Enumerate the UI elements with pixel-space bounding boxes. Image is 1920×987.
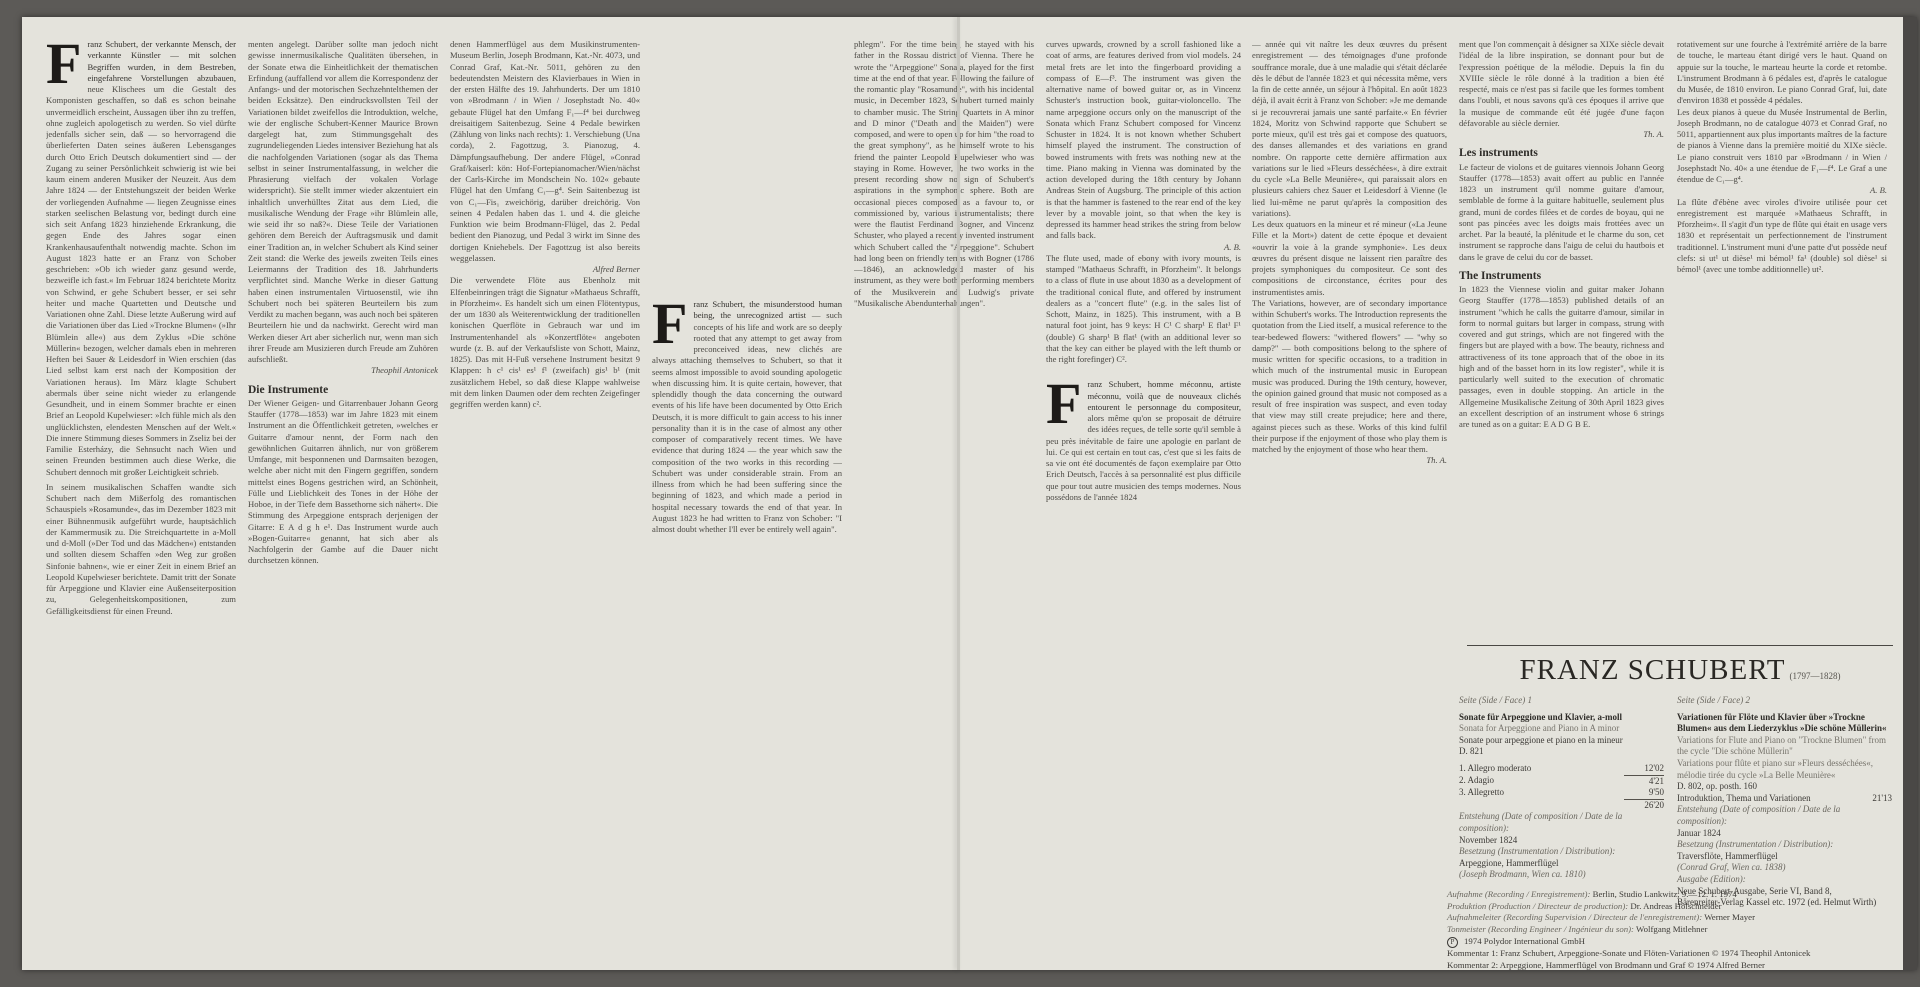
signature-ab-fr: A. B. xyxy=(1677,185,1887,196)
german-pianos-body: denen Hammerflügel aus dem Musikinstrume… xyxy=(450,39,640,264)
french-instruments-body: Le facteur de violons et de guitares vie… xyxy=(1459,162,1664,263)
phonogram-text: 1974 Polydor International GmbH xyxy=(1464,936,1585,946)
phonogram-row: P1974 Polydor International GmbH xyxy=(1447,936,1907,948)
german-body-2: In seinem musikalischen Schaffen wandte … xyxy=(46,482,236,617)
track-row: 3. Allegretto9'50 xyxy=(1459,787,1664,799)
heading-die-instrumente: Die Instrumente xyxy=(248,385,438,396)
drop-cap-english: F xyxy=(652,301,687,347)
french-body-3: ment que l'on commençait à désigner sa X… xyxy=(1459,39,1664,129)
credit-value: Wolfgang Mitlehner xyxy=(1636,924,1707,934)
english-spacer xyxy=(652,39,842,299)
track-name: 2. Adagio xyxy=(1459,775,1494,788)
english-arpeggione-body: curves upwards, crowned by a scroll fash… xyxy=(1046,39,1241,242)
german-flute-body: Die verwendete Flöte aus Ebenholz mit El… xyxy=(450,275,640,410)
side-2-label: Seite (Side / Face) 2 xyxy=(1677,695,1892,707)
signature-ab-en: A. B. xyxy=(1046,242,1241,253)
track-time: 9'50 xyxy=(1624,787,1664,799)
side-2-title-de: Variationen für Flöte und Klavier über »… xyxy=(1677,712,1892,735)
track-time: 21'13 xyxy=(1852,793,1892,805)
side-1-catalog: D. 821 xyxy=(1459,746,1664,758)
credit-value: Berlin, Studio Lankwitz, 9.—12. 1. 1974 xyxy=(1593,889,1737,899)
english-flute-body: The flute used, made of ebony with ivory… xyxy=(1046,253,1241,366)
side-1-title-en: Sonata for Arpeggione and Piano in A min… xyxy=(1459,723,1664,735)
credit-label: Aufnahmeleiter (Recording Supervision / … xyxy=(1447,912,1702,922)
track-name: 1. Allegro moderato xyxy=(1459,763,1531,775)
english-column-1: phlegm". For the time being he stayed wi… xyxy=(652,39,842,949)
composer-name: FRANZ SCHUBERT xyxy=(1519,654,1785,686)
credit-label: Produktion (Production / Directeur de pr… xyxy=(1447,901,1628,911)
composer-heading: FRANZ SCHUBERT(1797—1828) xyxy=(1467,654,1893,687)
gatefold-crease xyxy=(957,17,960,970)
side-1-instr-label: Besetzung (Instrumentation / Distributio… xyxy=(1459,846,1664,858)
german-column-1: F ranz Schubert, der verkannte Mensch, d… xyxy=(46,39,236,949)
track-row: 2. Adagio4'21 xyxy=(1459,775,1664,788)
french-column-1: — année qui vit naître les deux œuvres d… xyxy=(1252,39,1447,949)
track-name: 3. Allegretto xyxy=(1459,787,1504,799)
comment-1: Kommentar 1: Franz Schubert, Arpeggione-… xyxy=(1447,948,1907,960)
side-2-catalog: D. 802, op. posth. 160 xyxy=(1677,781,1892,793)
track-row: 1. Allegro moderato12'02 xyxy=(1459,763,1664,775)
german-body-3: menten angelegt. Darüber sollte man jedo… xyxy=(248,39,438,365)
signature-tha-fr: Th. A. xyxy=(1459,129,1664,140)
recording-credits: Aufnahme (Recording / Enregistrement): B… xyxy=(1447,889,1907,971)
credit-value: Werner Mayer xyxy=(1704,912,1755,922)
english-variations: The Variations, however, are of secondar… xyxy=(1252,298,1447,456)
composer-dates: (1797—1828) xyxy=(1790,671,1841,681)
german-column-2: menten angelegt. Darüber sollte man jedo… xyxy=(248,39,438,949)
track-time: 4'21 xyxy=(1624,775,1664,788)
side-2-instr-note: (Conrad Graf, Wien ca. 1838) xyxy=(1677,862,1892,874)
comment-2: Kommentar 2: Arpeggione, Hammerflügel vo… xyxy=(1447,960,1907,972)
french-intro-lead: ranz Schubert, homme méconnu, artiste mé… xyxy=(1087,379,1241,412)
side-2-instr-label: Besetzung (Instrumentation / Distributio… xyxy=(1677,839,1892,851)
side-2-instr: Traversflöte, Hammerflügel xyxy=(1677,851,1892,863)
total-time: 26'20 xyxy=(1624,799,1664,812)
side-1-instr: Arpeggione, Hammerflügel xyxy=(1459,858,1664,870)
side-1-instr-note: (Joseph Brodmann, Wien ca. 1810) xyxy=(1459,869,1664,881)
track-name: Introduktion, Thema und Variationen xyxy=(1677,793,1811,805)
signature-antonicek: Theophil Antonicek xyxy=(248,365,438,376)
english-column-4: curves upwards, crowned by a scroll fash… xyxy=(1046,39,1241,949)
side-2-title-en: Variations for Flute and Piano on "Trock… xyxy=(1677,735,1892,758)
section-divider xyxy=(1467,645,1893,646)
side-1-listing: Seite (Side / Face) 1 Sonate für Arpeggi… xyxy=(1459,695,1664,881)
heading-the-instruments: The Instruments xyxy=(1459,271,1664,282)
signature-berner: Alfred Berner xyxy=(450,264,640,275)
german-instruments-body: Der Wiener Geigen- und Gitarrenbauer Joh… xyxy=(248,398,438,567)
side-2-date: Januar 1824 xyxy=(1677,828,1892,840)
english-top: phlegm". For the time being he stayed wi… xyxy=(854,39,1034,309)
credit-label: Aufnahme (Recording / Enregistrement): xyxy=(1447,889,1590,899)
phonogram-icon: P xyxy=(1447,937,1458,948)
german-body: neue Klischees um die Gestalt des Kompon… xyxy=(46,84,236,477)
side-1-title-de: Sonate für Arpeggione und Klavier, a-mol… xyxy=(1459,712,1664,724)
credit-value: Dr. Andreas Holschneider xyxy=(1630,901,1721,911)
sleeve-edge xyxy=(1903,17,1917,970)
total-row: 26'20 xyxy=(1459,799,1664,812)
side-1-title-fr: Sonate pour arpeggione et piano en la mi… xyxy=(1459,735,1664,747)
drop-cap-french: F xyxy=(1046,381,1081,427)
side-1-date: November 1824 xyxy=(1459,835,1664,847)
german-intro-lead: ranz Schubert, der verkannte Mensch, der… xyxy=(87,39,236,83)
credit-row: Aufnahme (Recording / Enregistrement): B… xyxy=(1447,889,1907,901)
side-1-label: Seite (Side / Face) 1 xyxy=(1459,695,1664,707)
french-body-2: Les deux quatuors en la mineur et ré min… xyxy=(1252,219,1447,298)
side-1-date-label: Entstehung (Date of composition / Date d… xyxy=(1459,811,1664,834)
side-2-date-label: Entstehung (Date of composition / Date d… xyxy=(1677,804,1892,827)
signature-tha-en: Th. A. xyxy=(1252,455,1447,466)
french-pianos-body: rotativement sur une fourche à l'extrémi… xyxy=(1677,39,1887,107)
liner-notes-sheet: F ranz Schubert, der verkannte Mensch, d… xyxy=(22,17,1917,970)
french-body: — année qui vit naître les deux œuvres d… xyxy=(1252,39,1447,219)
side-2-title-fr: Variations pour flûte et piano sur »Fleu… xyxy=(1677,758,1892,781)
side-2-listing: Seite (Side / Face) 2 Variationen für Fl… xyxy=(1677,695,1892,909)
french-flute-body: La flûte d'ébène avec viroles d'ivoire u… xyxy=(1677,197,1887,276)
heading-les-instruments: Les instruments xyxy=(1459,148,1664,159)
german-column-3: denen Hammerflügel aus dem Musikinstrume… xyxy=(450,39,640,949)
french-pianos-body-2: Les deux pianos à queue du Musée Instrum… xyxy=(1677,107,1887,186)
english-column-2: phlegm". For the time being he stayed wi… xyxy=(854,39,1034,949)
credit-row: Produktion (Production / Directeur de pr… xyxy=(1447,901,1907,913)
french-column-2: ment que l'on commençait à désigner sa X… xyxy=(1459,39,1664,639)
track-time: 12'02 xyxy=(1624,763,1664,775)
drop-cap-german: F xyxy=(46,41,81,87)
track-row: Introduktion, Thema und Variationen21'13 xyxy=(1677,793,1892,805)
french-column-3: rotativement sur une fourche à l'extrémi… xyxy=(1677,39,1887,639)
credit-row: Aufnahmeleiter (Recording Supervision / … xyxy=(1447,912,1907,924)
credit-label: Tonmeister (Recording Engineer / Ingénie… xyxy=(1447,924,1634,934)
side-2-edition-label: Ausgabe (Edition): xyxy=(1677,874,1892,886)
credit-row: Tonmeister (Recording Engineer / Ingénie… xyxy=(1447,924,1907,936)
english-instruments-body: In 1823 the Viennese violin and guitar m… xyxy=(1459,284,1664,430)
